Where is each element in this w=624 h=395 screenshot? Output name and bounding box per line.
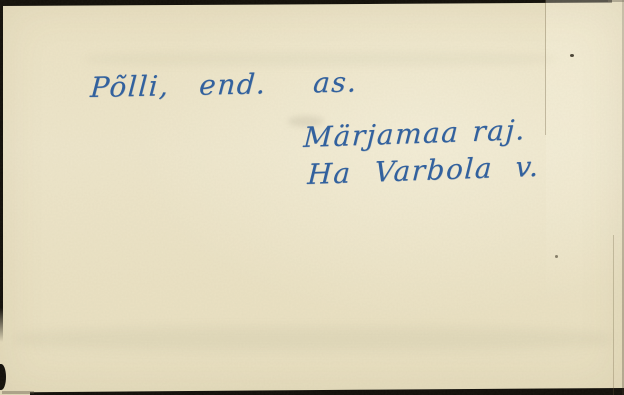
handwritten-word: end. — [199, 70, 268, 99]
paper-smudge-band — [15, 327, 610, 351]
scan-edge-bottom-fade — [2, 391, 34, 394]
scan-edge-left-blob — [0, 364, 6, 390]
handwritten-word: raj. — [472, 116, 527, 146]
handwritten-word: v. — [514, 153, 540, 182]
paper-smudge-band — [85, 52, 555, 66]
handwriting-line-district: Märjamaaraj. — [303, 116, 527, 152]
paper-crease-top — [545, 0, 546, 135]
scan-edge-bottom — [30, 388, 624, 395]
handwriting-line-parish: HaVarbolav. — [307, 153, 540, 189]
handwriting-line-place-name: Põlli,end.as. — [90, 68, 358, 102]
scanned-index-card: Põlli,end.as. Märjamaaraj. HaVarbolav. — [0, 0, 624, 395]
handwritten-word: Märjamaa — [303, 119, 460, 153]
ink-speck — [570, 54, 574, 57]
handwritten-word: Põlli, — [89, 72, 170, 102]
handwritten-word: Varbola — [374, 154, 494, 186]
paper-crease-right — [613, 235, 614, 395]
handwritten-word: as. — [312, 68, 358, 97]
scan-edge-top — [0, 0, 612, 6]
ink-speck — [555, 255, 558, 258]
handwritten-word: Ha — [307, 159, 353, 189]
scan-edge-left — [0, 0, 3, 342]
